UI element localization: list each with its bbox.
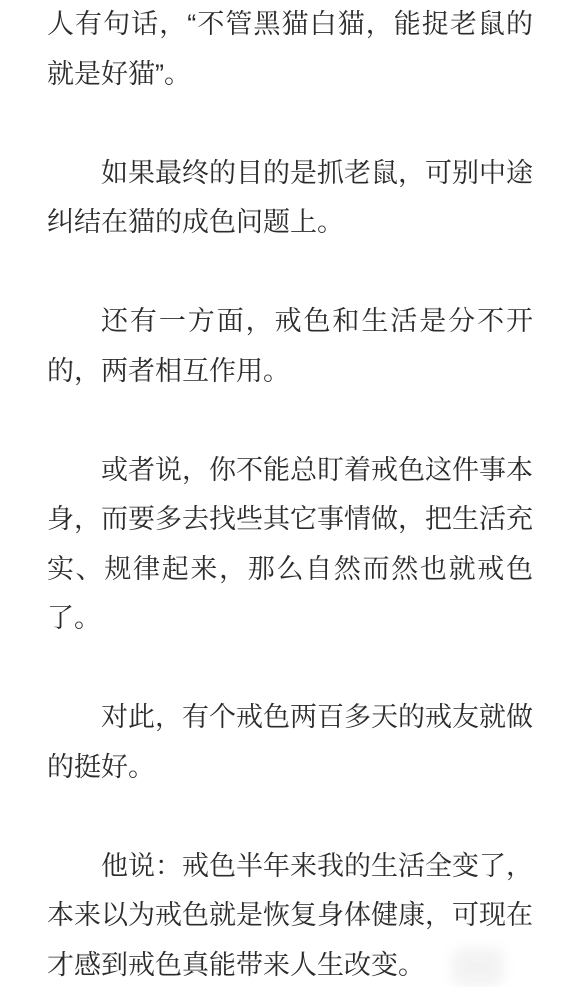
paragraph: 如果最终的目的是抓老鼠，可别中途纠结在猫的成色问题上。	[47, 149, 533, 248]
article-page: 人有句话，“不管黑猫白猫，能捉老鼠的就是好猫”。 如果最终的目的是抓老鼠，可别中…	[0, 0, 580, 987]
paragraph: 他说：戒色半年来我的生活全变了，本来以为戒色就是恢复身体健康，可现在才感到戒色真…	[47, 842, 533, 987]
paragraph: 或者说，你不能总盯着戒色这件事本身，而要多去找些其它事情做，把生活充实、规律起来…	[47, 446, 533, 644]
paragraph: 对此，有个戒色两百多天的戒友就做的挺好。	[47, 693, 533, 792]
paragraph: 还有一方面，戒色和生活是分不开的，两者相互作用。	[47, 297, 533, 396]
paragraph-continuation: 人有句话，“不管黑猫白猫，能捉老鼠的就是好猫”。	[47, 0, 533, 99]
